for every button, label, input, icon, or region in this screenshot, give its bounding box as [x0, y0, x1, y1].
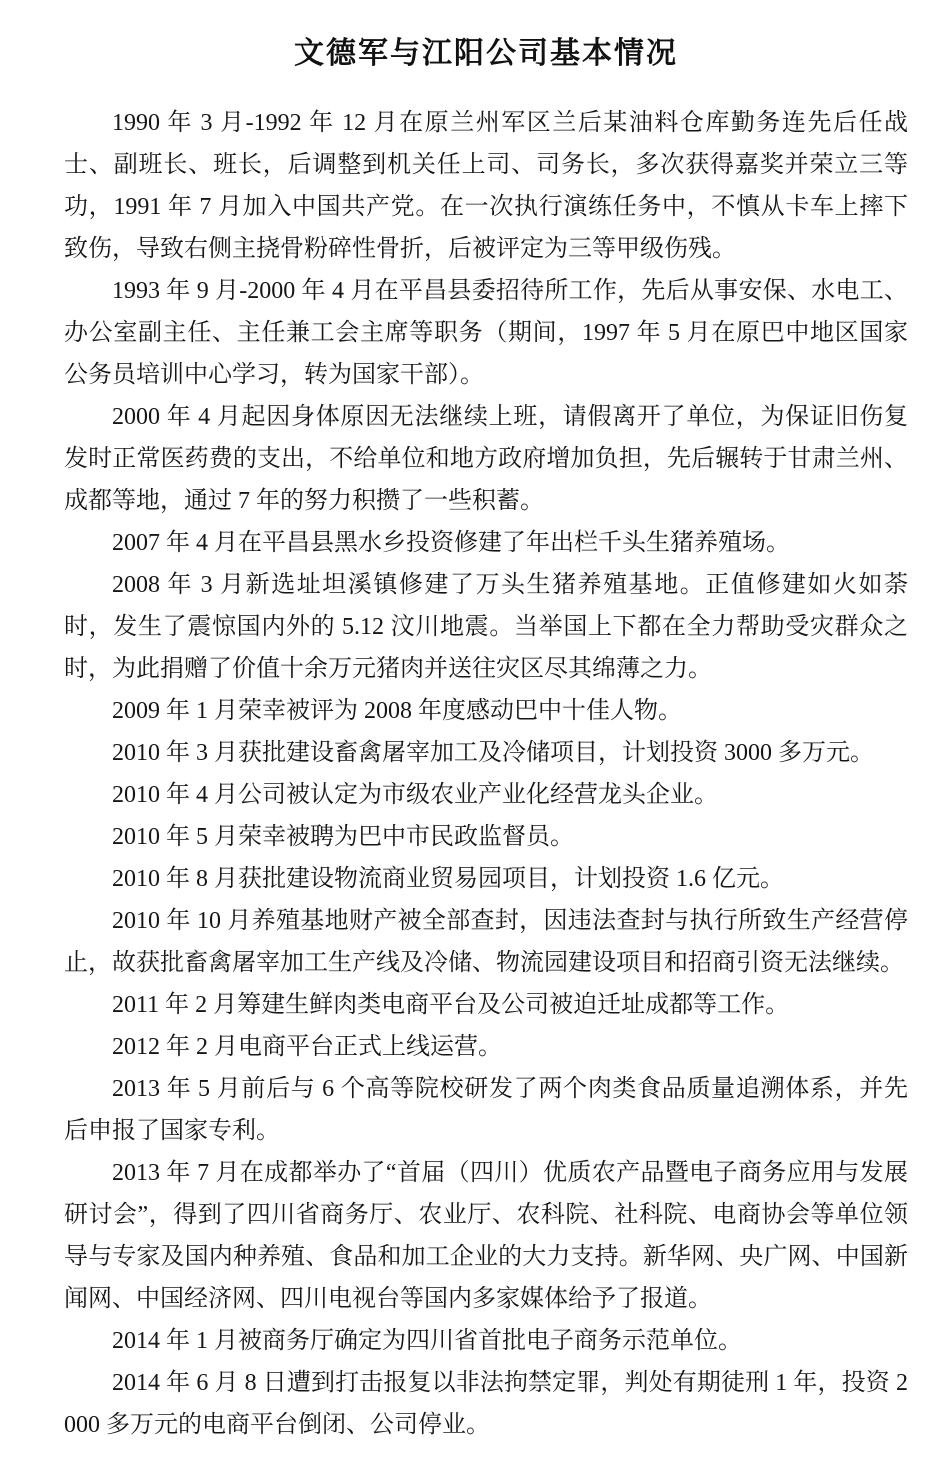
paragraph-1990-army-service: 1990 年 3 月-1992 年 12 月在原兰州军区兰后某油料仓库勤务连先后… — [64, 102, 908, 270]
paragraph-2013-05-traceability-patent: 2013 年 5 月前后与 6 个高等院校研发了两个肉类食品质量追溯体系，并先后… — [64, 1068, 908, 1152]
paragraph-2010-04-leading-enterprise: 2010 年 4 月公司被认定为市级农业产业化经营龙头企业。 — [64, 774, 908, 816]
paragraph-2010-10-property-sealed: 2010 年 10 月养殖基地财产被全部查封，因违法查封与执行所致生产经营停止，… — [64, 900, 908, 984]
paragraph-2007-pig-farm: 2007 年 4 月在平昌县黑水乡投资修建了年出栏千头生猪养殖场。 — [64, 522, 908, 564]
paragraph-1993-guesthouse-work: 1993 年 9 月-2000 年 4 月在平昌县委招待所工作，先后从事安保、水… — [64, 270, 908, 396]
document-title: 文德军与江阳公司基本情况 — [64, 34, 908, 74]
paragraph-2011-ecommerce-prep: 2011 年 2 月筹建生鲜肉类电商平台及公司被迫迁址成都等工作。 — [64, 984, 908, 1026]
paragraph-2012-platform-launch: 2012 年 2 月电商平台正式上线运营。 — [64, 1026, 908, 1068]
paragraph-2014-01-demo-unit: 2014 年 1 月被商务厅确定为四川省首批电子商务示范单位。 — [64, 1320, 908, 1362]
paragraph-2013-07-seminar: 2013 年 7 月在成都举办了“首届（四川）优质农产品暨电子商务应用与发展研讨… — [64, 1152, 908, 1320]
paragraph-2010-03-slaughter-project: 2010 年 3 月获批建设畜禽屠宰加工及冷储项目，计划投资 3000 多万元。 — [64, 732, 908, 774]
paragraph-2009-top-ten-award: 2009 年 1 月荣幸被评为 2008 年度感动巴中十佳人物。 — [64, 690, 908, 732]
paragraph-2008-earthquake-donation: 2008 年 3 月新选址坦溪镇修建了万头生猪养殖基地。正值修建如火如荼时，发生… — [64, 564, 908, 690]
paragraph-2000-leave-unit: 2000 年 4 月起因身体原因无法继续上班，请假离开了单位，为保证旧伤复发时正… — [64, 396, 908, 522]
document-page: 文德军与江阳公司基本情况 1990 年 3 月-1992 年 12 月在原兰州军… — [0, 0, 952, 1472]
paragraph-2014-06-sentence: 2014 年 6 月 8 日遭到打击报复以非法拘禁定罪，判处有期徒刑 1 年，投… — [64, 1362, 908, 1446]
paragraph-2010-05-supervisor: 2010 年 5 月荣幸被聘为巴中市民政监督员。 — [64, 816, 908, 858]
paragraph-2010-08-logistics-park: 2010 年 8 月获批建设物流商业贸易园项目，计划投资 1.6 亿元。 — [64, 858, 908, 900]
document-body: 1990 年 3 月-1992 年 12 月在原兰州军区兰后某油料仓库勤务连先后… — [64, 102, 908, 1446]
